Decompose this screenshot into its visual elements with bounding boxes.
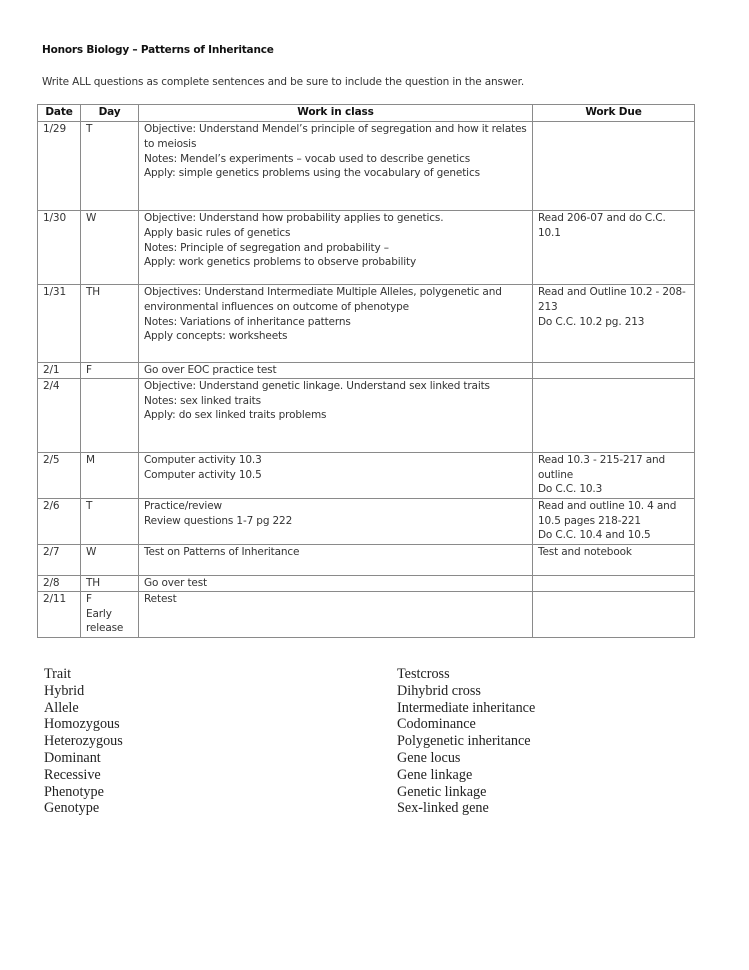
day-cell: F Early release <box>81 591 139 637</box>
table-row: 2/7WTest on Patterns of InheritanceTest … <box>38 544 695 575</box>
work-due-cell <box>533 575 695 591</box>
document-title: Honors Biology – Patterns of Inheritance <box>42 44 274 56</box>
work-in-class-cell: Objective: Understand genetic linkage. U… <box>139 378 533 452</box>
work-due-cell <box>533 363 695 379</box>
schedule-table: Date Day Work in class Work Due 1/29TObj… <box>37 104 695 638</box>
table-row: 1/31TH Objectives: Understand Intermedia… <box>38 285 695 363</box>
table-row: 2/8THGo over test <box>38 575 695 591</box>
vocabulary-term: Dihybrid cross <box>397 683 535 700</box>
table-row: 2/6TPractice/review Review questions 1-7… <box>38 498 695 544</box>
day-cell: F <box>81 363 139 379</box>
column-header-work-in-class: Work in class <box>139 105 533 122</box>
table-row: 2/5MComputer activity 10.3 Computer acti… <box>38 452 695 498</box>
day-cell: W <box>81 544 139 575</box>
table-row: 1/30WObjective: Understand how probabili… <box>38 211 695 285</box>
date-cell: 2/11 <box>38 591 81 637</box>
work-in-class-cell: Objectives: Understand Intermediate Mult… <box>139 285 533 363</box>
vocabulary-term: Heterozygous <box>44 733 123 750</box>
vocabulary-term: Genotype <box>44 800 123 817</box>
vocabulary-term: Homozygous <box>44 716 123 733</box>
vocabulary-term: Codominance <box>397 716 535 733</box>
table-row: 2/11F Early releaseRetest <box>38 591 695 637</box>
date-cell: 2/8 <box>38 575 81 591</box>
column-header-day: Day <box>81 105 139 122</box>
vocabulary-term: Allele <box>44 700 123 717</box>
work-due-cell: Read 206-07 and do C.C. 10.1 <box>533 211 695 285</box>
work-due-cell <box>533 122 695 211</box>
instructions: Write ALL questions as complete sentence… <box>42 76 524 88</box>
day-cell: TH <box>81 285 139 363</box>
vocabulary-term: Gene locus <box>397 750 535 767</box>
work-in-class-cell: Computer activity 10.3 Computer activity… <box>139 452 533 498</box>
day-cell <box>81 378 139 452</box>
work-in-class-cell: Objective: Understand Mendel’s principle… <box>139 122 533 211</box>
date-cell: 1/31 <box>38 285 81 363</box>
day-cell: T <box>81 122 139 211</box>
date-cell: 1/29 <box>38 122 81 211</box>
work-in-class-cell: Retest <box>139 591 533 637</box>
column-header-work-due: Work Due <box>533 105 695 122</box>
date-cell: 2/7 <box>38 544 81 575</box>
schedule-body: 1/29TObjective: Understand Mendel’s prin… <box>38 122 695 638</box>
vocabulary-term: Testcross <box>397 666 535 683</box>
vocabulary-term: Trait <box>44 666 123 683</box>
vocabulary-term: Dominant <box>44 750 123 767</box>
day-cell: TH <box>81 575 139 591</box>
work-in-class-cell: Go over EOC practice test <box>139 363 533 379</box>
work-due-cell: Read 10.3 - 215-217 and outline Do C.C. … <box>533 452 695 498</box>
work-due-cell <box>533 591 695 637</box>
work-due-cell: Read and outline 10. 4 and 10.5 pages 21… <box>533 498 695 544</box>
vocabulary-term: Gene linkage <box>397 767 535 784</box>
work-due-cell <box>533 378 695 452</box>
vocabulary-list-left: TraitHybridAlleleHomozygousHeterozygousD… <box>44 666 123 817</box>
vocabulary-term: Hybrid <box>44 683 123 700</box>
date-cell: 2/1 <box>38 363 81 379</box>
work-in-class-cell: Test on Patterns of Inheritance <box>139 544 533 575</box>
table-row: 2/4Objective: Understand genetic linkage… <box>38 378 695 452</box>
work-in-class-cell: Practice/review Review questions 1-7 pg … <box>139 498 533 544</box>
vocabulary-term: Genetic linkage <box>397 784 535 801</box>
date-cell: 2/5 <box>38 452 81 498</box>
vocabulary-term: Sex-linked gene <box>397 800 535 817</box>
vocabulary-term: Phenotype <box>44 784 123 801</box>
vocabulary-list-right: TestcrossDihybrid crossIntermediate inhe… <box>397 666 535 817</box>
vocabulary-term: Polygenetic inheritance <box>397 733 535 750</box>
work-due-cell: Read and Outline 10.2 - 208-213 Do C.C. … <box>533 285 695 363</box>
date-cell: 1/30 <box>38 211 81 285</box>
work-due-cell: Test and notebook <box>533 544 695 575</box>
work-in-class-cell: Go over test <box>139 575 533 591</box>
day-cell: T <box>81 498 139 544</box>
table-row: 1/29TObjective: Understand Mendel’s prin… <box>38 122 695 211</box>
date-cell: 2/4 <box>38 378 81 452</box>
vocabulary-term: Recessive <box>44 767 123 784</box>
vocabulary-term: Intermediate inheritance <box>397 700 535 717</box>
day-cell: W <box>81 211 139 285</box>
work-in-class-cell: Objective: Understand how probability ap… <box>139 211 533 285</box>
date-cell: 2/6 <box>38 498 81 544</box>
column-header-date: Date <box>38 105 81 122</box>
table-row: 2/1FGo over EOC practice test <box>38 363 695 379</box>
table-header-row: Date Day Work in class Work Due <box>38 105 695 122</box>
day-cell: M <box>81 452 139 498</box>
